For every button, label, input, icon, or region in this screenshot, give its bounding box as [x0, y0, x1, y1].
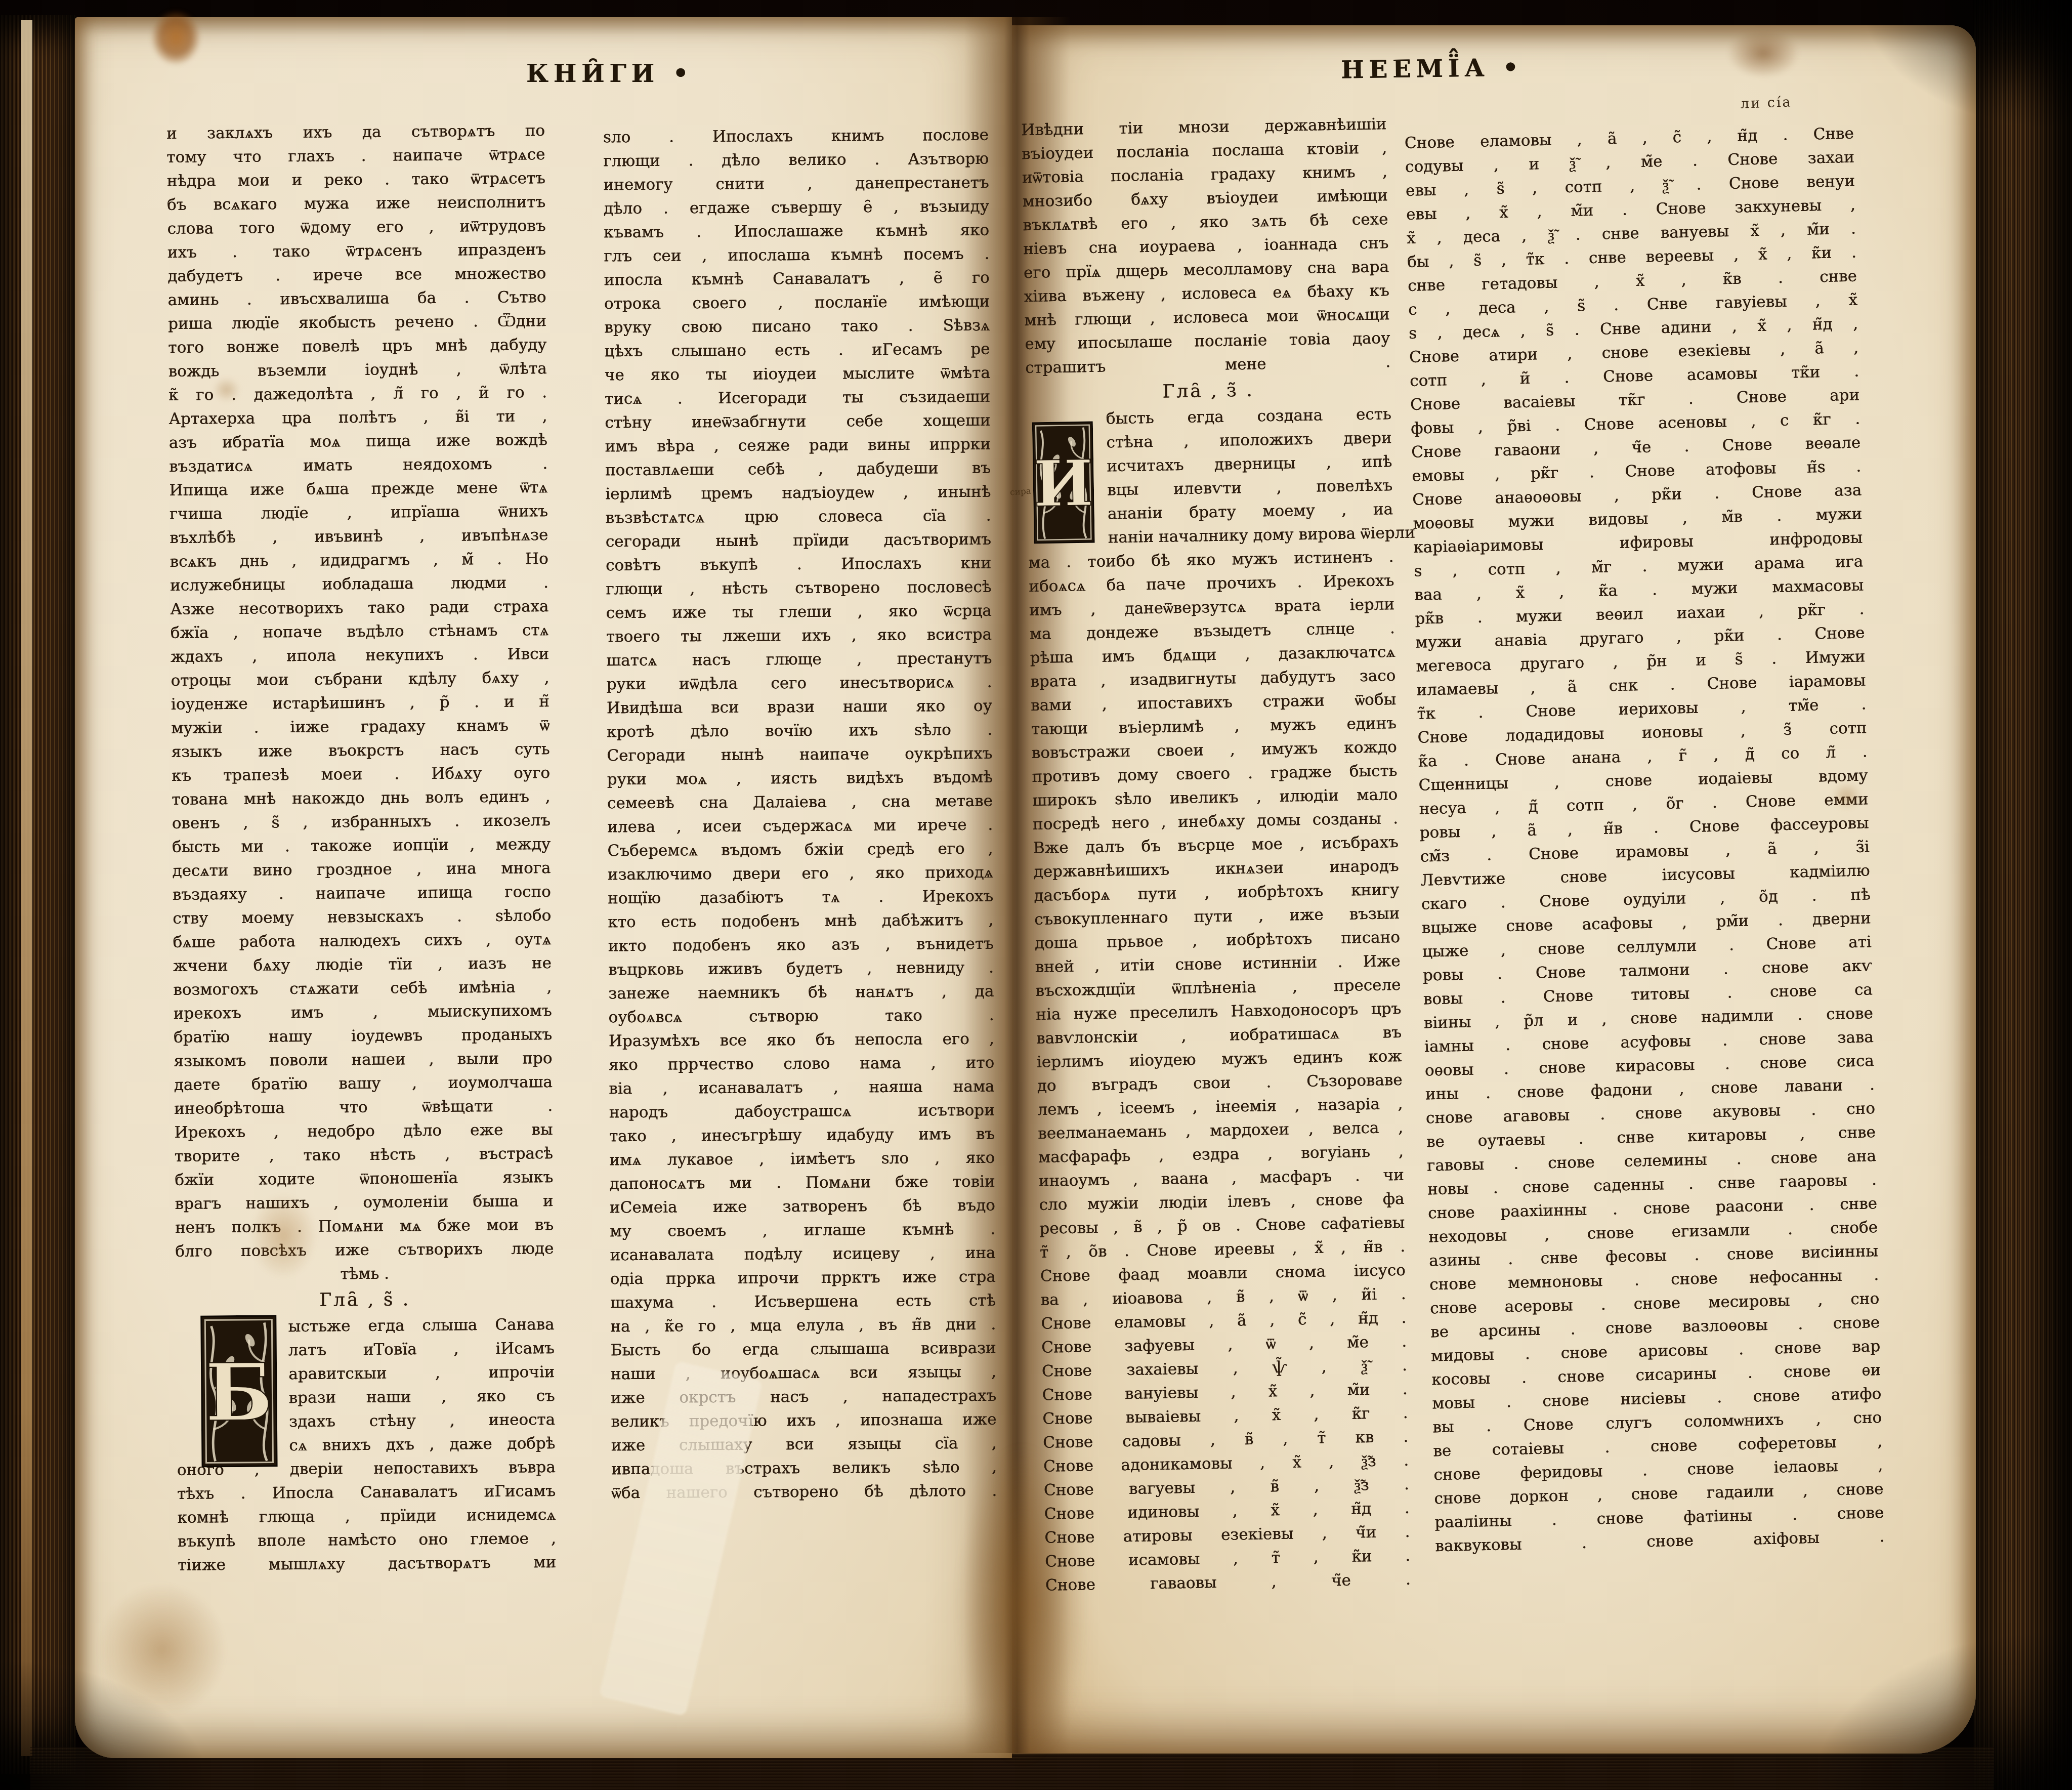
stain-left-small — [213, 377, 240, 402]
text-line: бжїи ходите ѿпоношенїа языкъ — [175, 1165, 553, 1192]
text-line: въкупѣ вполе намѣсто оно глемое , — [178, 1527, 556, 1554]
text-line: къ трапезѣ моеи . Ибѧху оуго — [172, 761, 550, 788]
text-line: на , к̃е го , мца елула , въ н̃в дни . — [610, 1313, 996, 1339]
text-line: тисѧ . Исегоради ты съзидаеши — [605, 385, 990, 411]
text-line: семъ иже ты глеши , яко ѿсрца — [606, 599, 991, 626]
text-line: инеобрѣтоша что ѿвѣщати . — [174, 1094, 553, 1121]
woodcut-initial-art: И — [1032, 407, 1095, 558]
text-line: віа , исанавалатъ , наяша нама — [609, 1075, 994, 1101]
text-line: въздатисѧ имать неядохомъ . — [169, 452, 547, 479]
text-line: того вонже повелѣ цръ мнѣ дабуду — [168, 333, 546, 360]
text-line: языкомъ поволи нашеи , выли про — [174, 1047, 552, 1073]
text-line: тѣхъ . Ипосла Санавалатъ иГисамъ — [177, 1479, 556, 1506]
text-line: и заклѧхъ ихъ да сътворѧтъ по — [166, 119, 545, 146]
text-line: Иразумѣхъ все яко бъ непосла его , — [609, 1027, 994, 1054]
right-page-edge-stack — [1973, 0, 2072, 1790]
quire-signature: ли сі́а — [1740, 94, 1792, 112]
left-page-edge-stack — [0, 15, 76, 1774]
text-line: тована мнѣ накождо днь волъ единъ , — [172, 785, 550, 812]
right-page-column-2: Снове еламовы , а̃ , с̃ , н̃д . Снвесоду… — [1404, 122, 1884, 1559]
text-line: даете братїю вашу , иоумолчаша — [174, 1070, 552, 1097]
text-line: икто подобенъ яко азъ , вънидетъ — [608, 932, 993, 959]
text-line: изаключимо двери его , яко приходѧ — [608, 861, 993, 887]
text-line: Съберемсѧ въдомъ бжіи средѣ его , — [607, 837, 993, 863]
text-line: творите , тако нѣсть , въстрасѣ — [175, 1142, 553, 1169]
ornamental-initial: Б — [200, 1315, 278, 1471]
text-line: му своемъ , иглаше къмнѣ . — [610, 1218, 995, 1244]
text-line: одіа пррка ипрочи пррктъ иже стра — [610, 1265, 995, 1292]
text-line: языкъ иже въокрстъ насъ суть — [171, 737, 549, 764]
text-line: цѣхъ слышано есть . иГесамъ ре — [604, 338, 990, 364]
text-line: аминь . ивъсхвалиша ба . Сътво — [167, 285, 546, 312]
text-line: дѣло . егдаже съвершу е̑ , възыиду — [604, 195, 989, 221]
text-line: жчени бѧху людіе тїи , иазъ не — [173, 951, 552, 978]
text-line: инемогу снити , данепрестанетъ — [603, 171, 989, 197]
text-line: нѣдра мои и реко . тако ѿтрѧсетъ — [166, 166, 545, 193]
text-line: руки моѧ , иясть видѣхъ въдомѣ — [607, 766, 992, 792]
text-line: азъ ибратїа моѧ пища иже вождѣ — [169, 428, 547, 455]
text-line: мужіи . іиже градаху кнамъ ѿ — [171, 714, 549, 740]
text-line: ѕло . Ипослахъ книмъ послове — [603, 123, 989, 150]
text-line: отрока своего , посланїе имѣющи — [604, 290, 990, 316]
text-line: поставлѧеши себѣ , дабудеши въ — [605, 456, 991, 483]
text-line: врагъ нашихъ , оумоленіи быша и — [175, 1189, 553, 1216]
text-line: шахума . Исъвершена есть стѣ — [610, 1289, 996, 1315]
svg-text:Б: Б — [205, 1346, 273, 1439]
text-line: Ивидѣша вси врази наши яко оу — [607, 694, 992, 721]
text-line: бжїа , нопаче въдѣло стѣнамъ стѧ — [170, 618, 548, 645]
text-line: всѧкъ днь , идидрагмъ , м̃ . Но — [170, 547, 548, 574]
text-line: іерлимѣ цремъ надъіоудеѡ , инынѣ — [605, 480, 991, 507]
text-line: ненъ полкъ . Помѧни мѧ бже мои въ — [175, 1213, 554, 1240]
text-line: кто есть подобенъ мнѣ дабѣжитъ , — [608, 908, 993, 935]
text-line: имѧ лукавое , іимѣетъ ѕло , яко — [609, 1146, 995, 1173]
text-line: бысть ми . такоже иопцїи , между — [172, 832, 551, 859]
text-line: илева , исеи съдержасѧ ми ирече . — [607, 813, 993, 840]
text-line: риша людїе якобысть речено . Ѿдни — [168, 309, 546, 336]
text-line: дапоносѧтъ ми . Помѧни бже товіи — [609, 1170, 995, 1196]
text-line: Ирекохъ , недобро дѣло еже вы — [174, 1118, 553, 1145]
text-line: занеже наемникъ бѣ нанѧтъ , да — [608, 980, 994, 1006]
stain-left-mid — [250, 1194, 316, 1278]
text-line: наши , иоубоѧшасѧ вси языцы , — [611, 1360, 996, 1387]
text-line: тако , инесъгрѣшу идабуду имъ въ — [609, 1122, 995, 1149]
text-line: нощїю дазабіютъ тѧ . Ирекохъ — [608, 885, 993, 911]
text-line: возмогохъ стѧжати себѣ имѣніа , — [173, 975, 552, 1002]
text-line: бѧше работа налюдехъ сихъ , оутѧ — [173, 928, 551, 954]
text-line: въхлѣбѣ , ивъвинѣ , ивъпѣнѧзе — [170, 523, 548, 550]
text-line: бъ всѧкаго мужа иже неисполнитъ — [167, 190, 545, 217]
text-line: оубоѧвсѧ сътворю тако . — [608, 1004, 994, 1030]
text-line: семеевѣ сна Далаіева , сна метаве — [607, 789, 993, 816]
left-page-column-1: и заклѧхъ ихъ да сътворѧтъ потому что гл… — [166, 119, 557, 1577]
text-line: иСемеіа иже затворенъ бѣ въдо — [610, 1194, 995, 1220]
right-page-column-1: Ивѣдни тіи мнози державнѣишіивъіоудеи по… — [1021, 112, 1411, 1598]
text-line: глющи , нѣсть сътворено пословесѣ — [606, 575, 991, 602]
text-line: сегоради нынѣ прїиди дасътворимъ — [606, 528, 991, 554]
woodcut-initial-art: Б — [200, 1315, 278, 1467]
text-line: имъ вѣра , сеяже ради вины ипррки — [605, 433, 990, 459]
text-line: въздаяху . наипаче ипища госпо — [173, 880, 551, 907]
text-line: Азже несотворихъ тако ради страха — [170, 595, 548, 621]
text-line: твоего ты лжеши ихъ , яко всистра — [606, 623, 992, 649]
text-line: руки иѿдѣла сего инесътворисѧ . — [606, 671, 992, 697]
text-line: совѣтъ въкупѣ . Ипослахъ кни — [606, 552, 991, 578]
text-line: Ипища иже бѧша прежде мене ѿтѧ — [169, 476, 547, 503]
stain-top-right — [1728, 29, 1799, 77]
text-line: ждахъ , ипола некупихъ . Ивси — [171, 642, 549, 669]
text-line: ирекохъ имъ , мыискупихомъ — [173, 999, 552, 1026]
text-line: тіиже мышлѧху дасътворѧтъ ми — [178, 1551, 556, 1577]
text-line: братїю нашу іоудеѡвъ проданыхъ — [174, 1023, 552, 1050]
chapter-heading: Гла̑ , ѕ̃ . — [176, 1284, 554, 1316]
text-line: яко пррчество слово нама , ито — [609, 1051, 994, 1077]
ornamental-initial: И — [1032, 407, 1095, 562]
text-line: шатсѧ насъ глюще , престанутъ — [606, 647, 992, 673]
running-title-right: НЕЕМЇ̂А • — [1341, 53, 1524, 84]
text-line: Сегоради нынѣ наипаче оукрѣпихъ — [607, 742, 992, 768]
text-line: отроцы мои събрани кдѣлу бѧху , — [171, 666, 549, 693]
left-protruding-page-edge — [21, 20, 32, 1756]
text-line: слова того ѿдому его , иѿтрудовъ — [167, 214, 545, 241]
stain-right-edge — [1832, 782, 1862, 810]
text-line: тому что глахъ . наипаче ѿтрѧсе — [166, 143, 545, 170]
text-line: възвѣстѧтсѧ црю словеса сїа . — [605, 504, 991, 530]
text-line: вруку свою писано тако . Ѕѣвзѧ — [604, 314, 990, 340]
text-line: десѧти вино гроздное , ина многа — [172, 856, 551, 883]
svg-text:И: И — [1033, 446, 1094, 521]
stain-bottom-left-corner — [99, 1584, 225, 1716]
text-line: народъ дабоустрашсѧ исътвори — [609, 1099, 994, 1125]
text-line: въцрковь иживъ будетъ , невниду . — [608, 956, 994, 982]
text-line: ислужебницы иобладаша людми . — [170, 571, 548, 598]
text-line: Бысть бо егда слышаша всиврази — [610, 1337, 996, 1363]
book-photo: КНИ̑ГИ • НЕЕМЇ̂А • ли сі́а сира и заклѧх… — [0, 0, 2072, 1790]
text-line: исанавалата подѣлу исицеву , ина — [610, 1241, 995, 1268]
left-page-column-2: ѕло . Ипослахъ книмъ пословеглющи . дѣло… — [603, 123, 997, 1506]
text-line: комнѣ глюща , прїиди иснидемсѧ — [177, 1503, 556, 1530]
stain-top-left — [152, 11, 200, 64]
text-line: глъ сеи , ипослаша къмнѣ посемъ . — [604, 242, 989, 269]
text-line: къвамъ . Ипослашаже къмнѣ яко — [604, 219, 989, 245]
text-line: дабудетъ . ирече все множество — [167, 262, 546, 288]
text-line: стѣну инеѿзабгнути себе хощеши — [605, 409, 990, 435]
text-line: блго повсѣхъ иже сътворихъ люде — [175, 1237, 554, 1264]
text-line: ству моему невзыскахъ . ѕѣлобо — [173, 904, 551, 931]
running-title-left: КНИ̑ГИ • — [526, 60, 693, 88]
text-line: кротѣ дѣло вочїю ихъ ѕѣло . — [607, 718, 992, 744]
text-line: глющи . дѣло велико . Азътворю — [603, 147, 989, 174]
text-line: гчиша людїе , ипрїаша ѿнихъ — [170, 499, 548, 526]
text-line: ипосла къмнѣ Санавалатъ , е̃ го — [604, 266, 989, 293]
text-line: че яко ты иіоудеи мыслите ѿмѣта — [605, 361, 990, 388]
text-line: Артахерха цра полѣтъ , в̃і ти , — [168, 404, 547, 431]
text-line: тѣмь . — [175, 1261, 554, 1287]
text-line: ихъ . тако ѿтрѧсенъ ипразденъ — [167, 238, 546, 265]
text-line: іоуденже истарѣишинъ , р̃ . и н̃ — [171, 690, 549, 717]
text-line: овенъ , ѕ̃ , избранныхъ . икозелъ — [172, 809, 550, 836]
